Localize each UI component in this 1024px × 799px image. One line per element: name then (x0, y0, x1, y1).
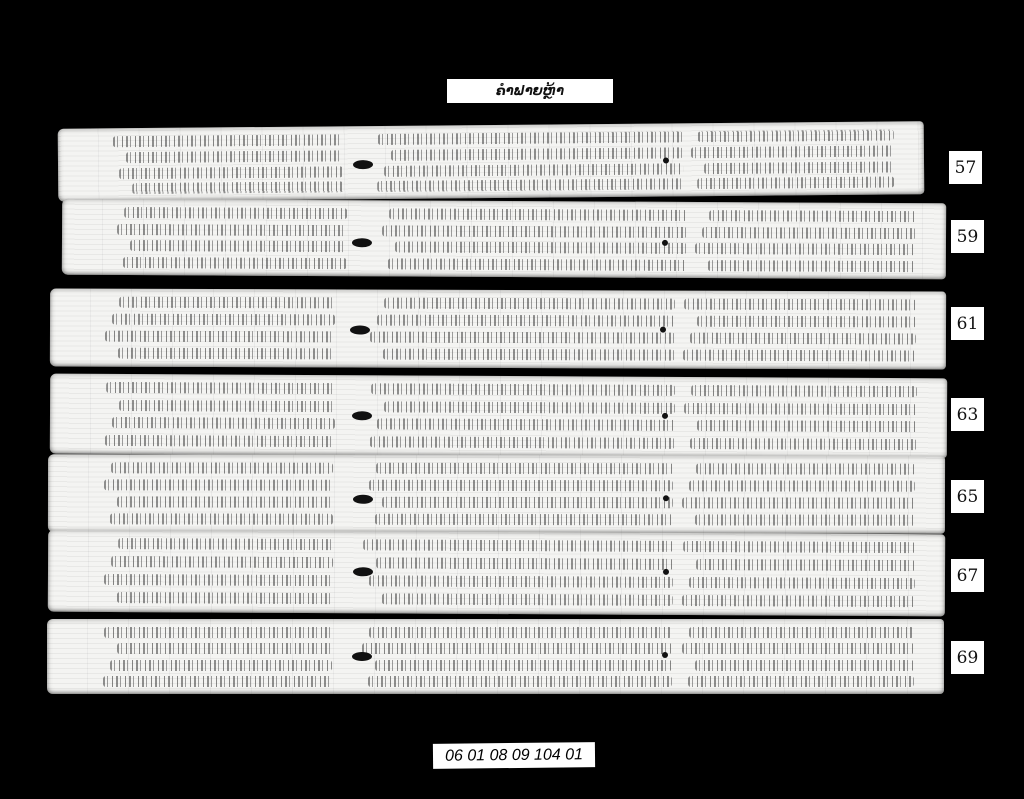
script-line (126, 150, 343, 163)
script-line (382, 593, 673, 606)
script-line (698, 129, 894, 142)
script-line (123, 257, 347, 269)
script-line (384, 163, 683, 177)
script-line (382, 497, 673, 509)
script-line (708, 260, 916, 272)
script-line (377, 418, 675, 431)
catalog-number-label: 06 01 08 09 104 01 (433, 742, 595, 769)
script-line (696, 463, 915, 474)
page-number-label: 59 (951, 220, 984, 253)
script-line (695, 243, 916, 255)
script-line (690, 333, 916, 345)
script-line (389, 208, 687, 221)
script-line (119, 400, 335, 412)
binding-hole (660, 327, 666, 333)
script-line (383, 349, 675, 361)
script-line (391, 147, 683, 161)
script-line (112, 314, 335, 326)
script-line (375, 660, 672, 671)
script-line (697, 177, 894, 190)
binding-hole (352, 238, 372, 247)
binding-hole (663, 569, 669, 575)
script-line (684, 402, 917, 414)
script-line (370, 436, 675, 449)
script-line (376, 463, 673, 475)
binding-hole (353, 567, 373, 576)
script-line (697, 420, 917, 432)
script-line (689, 480, 915, 491)
script-line (709, 210, 916, 222)
script-line (691, 145, 894, 158)
binding-hole (663, 157, 669, 163)
script-line (105, 331, 335, 343)
binding-hole (350, 325, 370, 334)
binding-hole (352, 411, 372, 420)
script-line (103, 676, 332, 687)
script-line (104, 627, 332, 638)
binding-hole (353, 160, 373, 169)
script-line (132, 182, 343, 195)
script-line (104, 574, 333, 586)
page-number-label: 65 (951, 480, 984, 513)
script-line (111, 556, 333, 568)
script-line (376, 557, 673, 570)
script-line (683, 350, 916, 362)
page-number-label: 57 (949, 151, 982, 184)
script-line (378, 131, 683, 145)
script-line (684, 299, 916, 311)
script-line (119, 297, 335, 309)
binding-hole (352, 652, 372, 661)
script-line (117, 592, 333, 604)
script-line (370, 332, 675, 344)
script-line (362, 643, 672, 654)
script-line (119, 166, 343, 179)
script-line (683, 541, 915, 553)
script-line (112, 417, 335, 429)
script-line (118, 538, 333, 550)
script-line (124, 207, 347, 219)
script-line (384, 298, 675, 310)
script-line (697, 316, 916, 328)
script-line (117, 496, 333, 507)
script-line (368, 676, 672, 687)
binding-hole (662, 652, 668, 658)
script-line (691, 385, 917, 397)
script-line (106, 382, 335, 394)
script-line (369, 627, 672, 638)
script-line (118, 348, 335, 360)
page-number-label: 67 (951, 559, 984, 592)
script-line (110, 513, 333, 524)
script-line (110, 660, 332, 671)
script-line (695, 514, 915, 525)
palm-leaf-page (48, 454, 945, 534)
script-line (388, 258, 687, 271)
script-line (130, 240, 347, 252)
script-line (695, 660, 914, 671)
binding-hole (662, 413, 668, 419)
binding-hole (663, 495, 669, 501)
palm-leaf-page (58, 121, 925, 202)
script-line (689, 627, 914, 638)
script-line (369, 480, 673, 492)
palm-leaf-page (48, 530, 945, 617)
script-line (369, 575, 673, 588)
palm-leaf-page (62, 199, 946, 280)
script-line (375, 514, 673, 526)
script-line (111, 462, 333, 473)
script-line (377, 315, 675, 327)
palm-leaf-page (50, 288, 946, 369)
script-line (688, 676, 914, 687)
script-line (363, 539, 673, 552)
page-number-label: 63 (951, 398, 984, 431)
page-number-label: 69 (951, 641, 984, 674)
palm-leaf-page (50, 374, 947, 459)
script-line (395, 241, 687, 254)
page-number-label: 61 (951, 307, 984, 340)
script-line (104, 479, 333, 490)
script-line (682, 643, 914, 654)
script-line (682, 497, 915, 508)
script-line (689, 577, 915, 589)
script-line (704, 161, 894, 174)
script-line (384, 401, 675, 414)
binding-hole (662, 240, 668, 246)
script-line (371, 383, 675, 396)
script-line (702, 227, 916, 239)
script-line (690, 438, 917, 450)
script-line (377, 179, 683, 193)
script-line (382, 225, 687, 238)
script-line (117, 643, 332, 654)
script-line (117, 223, 347, 235)
script-line (113, 134, 343, 147)
script-line (696, 559, 915, 571)
manuscript-title-label: ຄຳຟາຍຫຼ້າ (447, 79, 613, 103)
script-line (682, 595, 915, 607)
binding-hole (353, 495, 373, 504)
palm-leaf-page (47, 619, 944, 694)
script-line (105, 434, 335, 446)
